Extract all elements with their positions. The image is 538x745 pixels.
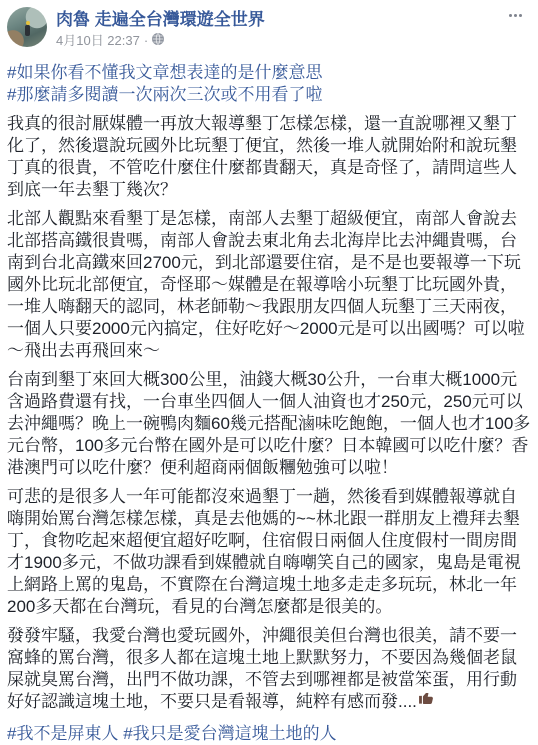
post-paragraph: 發發牢騷，我愛台灣也愛玩國外，沖繩很美但台灣也很美，請不要一窩蜂的罵台灣，很多人… (7, 625, 531, 716)
thumbs-down-emoji-icon (418, 693, 435, 716)
meta-separator: · (144, 33, 148, 48)
post-paragraph: 台南到墾丁來回大概300公里，油錢大概30公升，一台車大概1000元含過路費還有… (7, 369, 531, 479)
hashtag-link[interactable]: #我不是屏東人 (7, 724, 118, 743)
bottom-hashtags: #我不是屏東人 #我只是愛台灣這塊土地的人 (7, 723, 531, 745)
post-paragraph: 可悲的是很多人一年可能都沒來過墾丁一趟，然後看到媒體報導就自嗨開始罵台灣怎樣怎樣… (7, 486, 531, 618)
post-meta: 4月10日 22:37 · (56, 33, 265, 48)
post-paragraph: 北部人觀點來看墾丁是怎樣，南部人去墾丁超級便宜，南部人會說去北部搭高鐵很貴嗎，南… (7, 208, 531, 362)
more-options-button[interactable] (507, 10, 524, 21)
ellipsis-icon (509, 14, 512, 17)
profile-avatar[interactable] (7, 7, 47, 47)
top-hashtags: #如果你看不懂我文章想表達的是什麼意思 #那麼請多閱讀一次兩次三次或不用看了啦 (7, 62, 531, 106)
avatar-person-body (25, 25, 30, 36)
globe-icon (152, 33, 164, 48)
post-content: #如果你看不懂我文章想表達的是什麼意思 #那麼請多閱讀一次兩次三次或不用看了啦 … (0, 48, 538, 745)
post-paragraph: 我真的很討厭媒體一再放大報導墾丁怎樣怎樣，還一直說哪裡又墾丁化了，然後還說玩國外… (7, 113, 531, 201)
author-name-link[interactable]: 肉魯 走遍全台灣環遊全世界 (56, 10, 265, 29)
post-header: 肉魯 走遍全台灣環遊全世界 4月10日 22:37 · (0, 0, 538, 48)
hashtag-link[interactable]: #那麼請多閱讀一次兩次三次或不用看了啦 (7, 84, 531, 106)
header-info: 肉魯 走遍全台灣環遊全世界 4月10日 22:37 · (56, 7, 265, 48)
hashtag-link[interactable]: #我只是愛台灣這塊土地的人 (123, 724, 336, 743)
hashtag-link[interactable]: #如果你看不懂我文章想表達的是什麼意思 (7, 62, 531, 84)
timestamp-link[interactable]: 4月10日 22:37 (56, 33, 140, 48)
